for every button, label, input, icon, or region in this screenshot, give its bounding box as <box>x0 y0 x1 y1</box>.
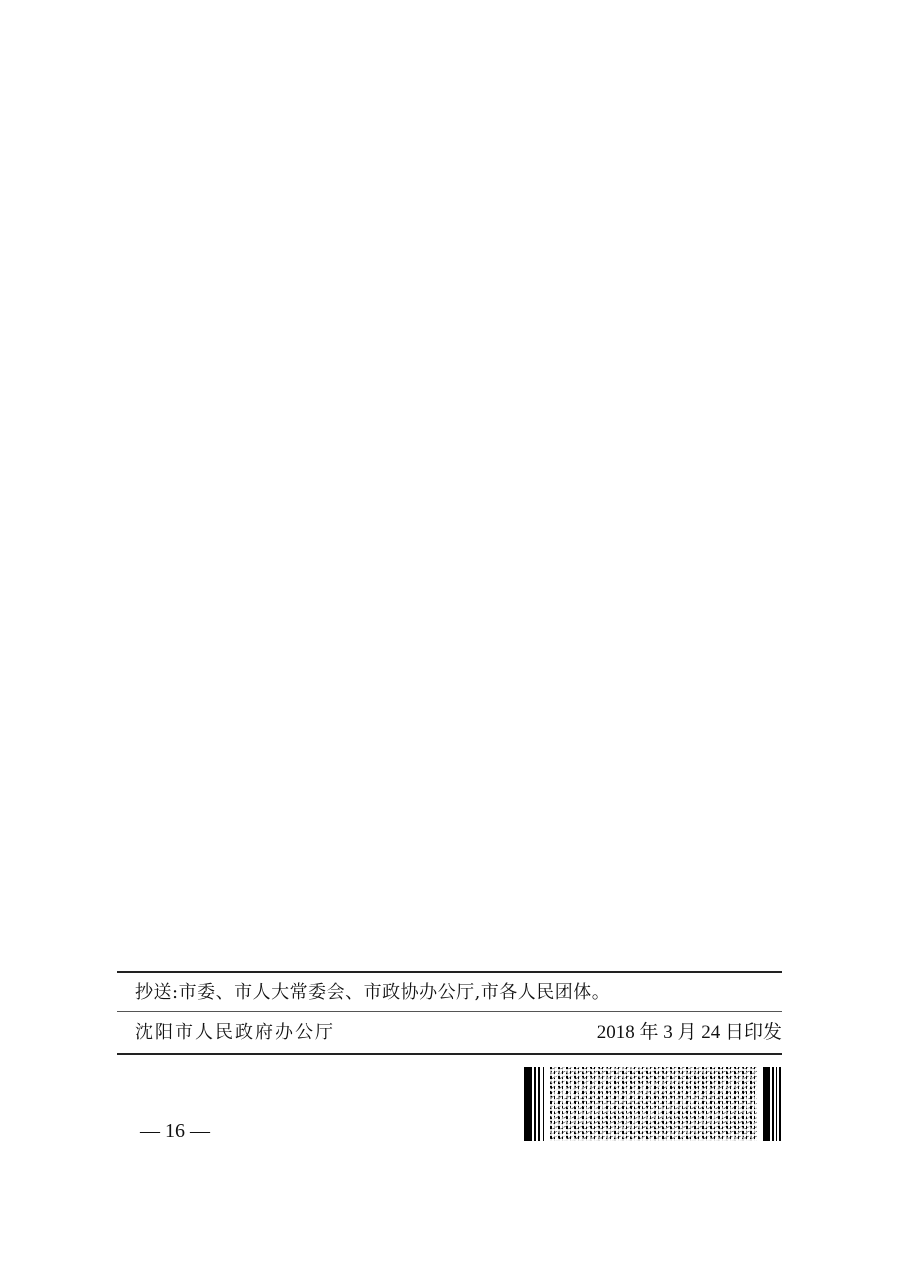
page-number: — 16 — <box>140 1120 210 1143</box>
issue-date: 2018 年 3 月 24 日印发 <box>597 1022 782 1044</box>
pdf417-barcode-icon <box>524 1067 781 1141</box>
bottom-rule <box>117 1053 782 1055</box>
cc-line: 抄送:市委、市人大常委会、市政协办公厅,市各人民团体。 <box>135 982 782 1004</box>
issuer-name: 沈阳市人民政府办公厅 <box>135 1022 335 1044</box>
issuer-row: 沈阳市人民政府办公厅 2018 年 3 月 24 日印发 <box>135 1022 782 1044</box>
barcode-matrix <box>550 1067 757 1141</box>
middle-rule <box>117 1011 782 1012</box>
top-rule <box>117 971 782 973</box>
